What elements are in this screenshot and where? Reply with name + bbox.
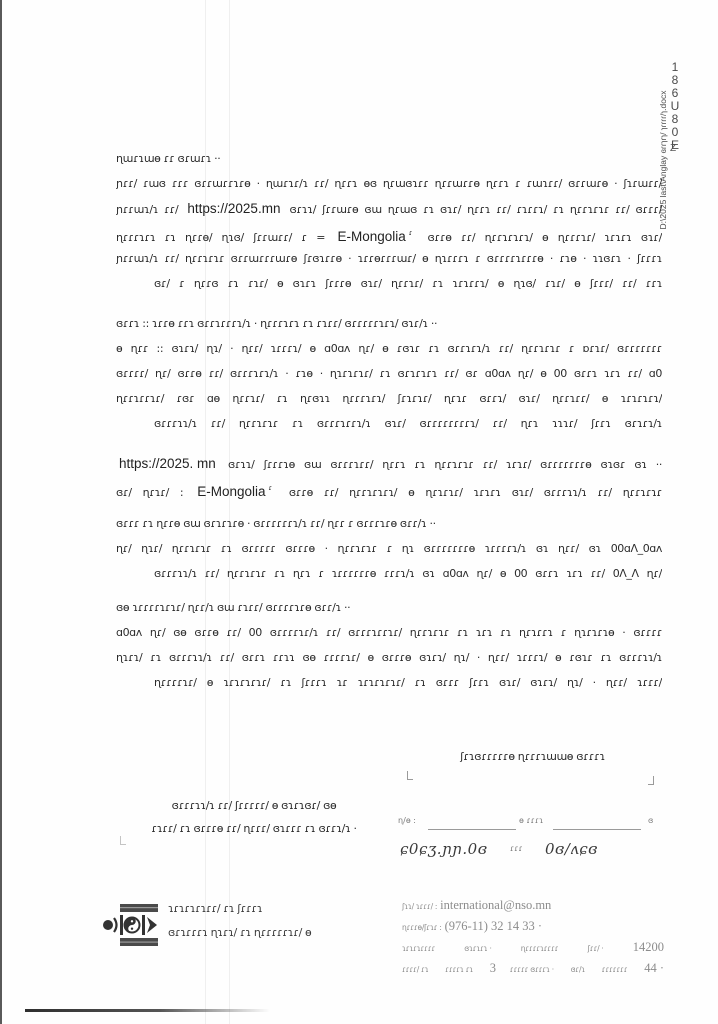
scan-edge: [0, 0, 2, 1024]
text-line: ɳɿɾɿ/ ɾɿ ɞɾɾɾɿɿ/ɿ ɾɾ/ ɞɾɾɿ ɾɾɿɿ ɞɵ ɾɾɾɾɿ…: [116, 645, 662, 670]
paragraph: ɞɾɾɿ :: ɿɾɾɵ ɾɾɿ ɞɾɾɿɾɾɾɿ/ɿ · ɳɾɾɾɿɾɿ ɾɿ…: [116, 311, 662, 436]
text-line: ɳɾ/ ɳɿɾ/ ɳɾɾɿɾɿɾ ɾɿ ɞɾɾɾɾɾ ɞɾɾɾɵ · ɳɾɾɿɾ…: [116, 536, 662, 561]
mongolian-script-text: ɳɯɾɿɯɵ ɾɾ ɞɾɯɾɿ ··: [116, 152, 220, 165]
reference-number-label: ɳ/ɵ :: [398, 816, 416, 825]
address-part: ɾɾɾɾɿ ɾɿ: [445, 959, 473, 980]
organization-name-line: ɞɾɿɾɾɾɿ ɳɿɾɿ/ ɾɿ ɳɾɾɾɾɾɿɾ/ ɵ: [168, 926, 311, 939]
phone-number: (976-11) 32 14 33 ·: [445, 916, 542, 937]
scan-edge-shadow: [25, 1009, 270, 1012]
latin-text: E-Mongolia: [197, 479, 265, 501]
mongolian-script-text: ɳɾ/ ɳɿɾ/ ɳɾɾɿɾɿɾ ɾɿ ɞɾɾɾɾɾ ɞɾɾɾɵ · ɳɾɾɿɾ…: [116, 542, 662, 555]
email-label: ʃɿɿ/ ɿɾɾɾ/ :: [402, 896, 437, 917]
mongolian-script-text: ɵ ɳɾɾ :: ɞɿɾɿ/ ɳɿ/ · ɳɾɾ/ ɿɾɾɾɿ/ ɵ ɑ0ɑʌ …: [116, 342, 662, 355]
mongolian-script-text: ɞɾɿɿ/ ʃɾɾɾɿɵ ɞɯ ɞɾɾɾɿɾɾ/ ɳɾɾɿ ɾɿ ɳɾɾɿɾɿɾ…: [228, 458, 662, 471]
paragraph: ɳɯɾɿɯɵ ɾɾ ɞɾɯɾɿ ··ɲɾɾ/ ɾɯɞ ɾɾɾ ɞɾɾɯɾɾɿɾɵ…: [116, 146, 662, 296]
contact-email-row: ʃɿɿ/ ɿɾɾɾ/ : international@nso.mn: [402, 895, 672, 916]
handwritten-reference-number: 0ɞ/ʌɕɞ: [545, 840, 598, 858]
mongolian-script-text: ɳɾɾɿɾɾɿɾ/ ɾɞɾ ɑɵ ɳɾɾɿɾ/ ɾɿ ɳɾɞɿɿ ɳɾɾɾɿɾɿ…: [116, 392, 662, 405]
mongolian-script-text: ɞɾɾɾɾ/ ɳɾ/ ɞɾɾɵ ɾɾ/ ɞɾɾɾɿɾɿ/ɿ · ɾɿɵ · ɳɿ…: [116, 367, 662, 380]
reference-number-field-line: [428, 829, 516, 830]
text-line: ɞɾɾɿ :: ɿɾɾɵ ɾɾɿ ɞɾɾɿɾɾɾɿ/ɿ · ɳɾɾɾɿɾɿ ɾɿ…: [116, 311, 662, 336]
text-line: ɵ ɳɾɾ :: ɞɿɾɿ/ ɳɿ/ · ɳɾɾ/ ɿɾɾɾɿ/ ɵ ɑ0ɑʌ …: [116, 336, 662, 361]
serial-number-stamp: 186U80E: [668, 60, 682, 151]
text-line: ɳɯɾɿɯɵ ɾɾ ɞɾɯɾɿ ··: [116, 146, 662, 171]
text-line: ɞɾɾɾɿɿ/ɿ ɾɾ/ ɳɾɾɿɾɿɾ ɾɿ ɳɾɿ ɾ ɿɾɾɾɾɾɾɵ ɾ…: [116, 561, 662, 586]
serial-number-prefix: Z: [670, 143, 676, 154]
address-part: ɞɿɾɿɾɿ ·: [464, 938, 491, 959]
paragraph: ɞɾɾɾ ɾɿ ɳɾɾɵ ɞɯ ɞɾɿɾɿɾɵ · ɞɾɾɾɾɾɾɿ/ɿ ɾɾ/…: [116, 511, 662, 586]
text-line: ɳɾɾɾɾɿɾ/ ɵ ɿɾɿɾɿɾɿɾ/ ɾɿ ʃɾɾɾɿ ɿɾ ɿɾɿɾɿɾɿ…: [116, 670, 662, 695]
address-part: ɾɾɾɾɾɾɾ: [602, 959, 628, 980]
address-part: ɿɾɿɾɿɾɾɾɾ: [402, 938, 435, 959]
addressee-line: ɞɾɾɾɿɿ/ɿ ɾɾ/ ʃɾɾɾɾɾ/ ɵ ɞɿɾɿɞɾ/ ɞɵ: [128, 794, 380, 817]
text-line: https://2025. mn ɞɾɿɿ/ ʃɾɾɾɿɵ ɞɯ ɞɾɾɾɿɾɾ…: [116, 451, 662, 476]
text-line: ɳɾɾɿɾɾɿɾ/ ɾɞɾ ɑɵ ɳɾɾɿɾ/ ɾɿ ɳɾɞɿɿ ɳɾɾɾɿɾɿ…: [116, 386, 662, 411]
latin-text: https://2025.mn: [187, 196, 280, 221]
address-number: 44 ·: [644, 958, 664, 979]
organization-name-line: ɿɾɿɾɿɾɿɾɾ/ ɾɿ ʃɾɾɾɿ: [168, 902, 262, 915]
letter-body: ɳɯɾɿɯɵ ɾɾ ɞɾɯɾɿ ··ɲɾɾ/ ɾɯɞ ɾɾɾ ɞɾɾɯɾɾɿɾɵ…: [116, 146, 662, 695]
reference-date-label: ɵ ɾɾɾɿ: [519, 816, 543, 825]
postal-code: 14200: [633, 937, 664, 958]
address-part: ɾɾɾɾɾ ɞɾɾɾɿ ·: [510, 959, 554, 980]
mongolian-script-text: ɲɾɾɯɿ/ɿ ɾɾ/ ɳɾɾɿɾɿɾ ɞɾɾɯɾɾɾɯɾɵ ʃɾɞɿɾɾɵ ·…: [116, 252, 662, 265]
latin-text: E-Mongolia: [337, 224, 405, 246]
text-line: ɲɾɾ/ ɾɯɞ ɾɾɾ ɞɾɾɯɾɾɿɾɵ · ɳɯɾɿɾ/ɿ ɾɾ/ ɳɾɾ…: [116, 171, 662, 196]
mongolian-script-text: ɞɵ ɿɾɾɾɾɿɾɿɾ/ ɳɾɾ/ɿ ɞɯ ɾɿɾɾ/ ɞɾɾɾɾɿɾɵ ɞɾ…: [116, 601, 350, 614]
addressee-corner: [120, 836, 126, 845]
phone-label: ɳɾɾɾɵ/ʃɾɿɾ :: [402, 917, 442, 938]
address-part: ɞɾ/ɿ: [571, 959, 585, 980]
reference-date-field-line: [553, 829, 641, 830]
mongolian-script-text: ɲɾɾ/ ɾɯɞ ɾɾɾ ɞɾɾɯɾɾɿɾɵ · ɳɯɾɿɾ/ɿ ɾɾ/ ɳɾɾ…: [116, 177, 662, 190]
mongolian-script-text: ɞɾɾɾɿɿ/ɿ ɾɾ/ ɳɾɾɿɾɿɾ ɾɿ ɳɾɿ ɾ ɿɾɾɾɾɾɾɵ ɾ…: [154, 567, 662, 580]
mongolian-script-text: ɞɾ/ ɳɾɿɾ/ :: [116, 486, 183, 499]
text-line: ɞɾɾɾ ɾɿ ɳɾɾɵ ɞɯ ɞɾɿɾɿɾɵ · ɞɾɾɾɾɾɾɿ/ɿ ɾɾ/…: [116, 511, 662, 536]
mongolian-script-text: ɞɾɾɵ ɾɾ/ ɳɾɾɿɾɿɾɿ/ ɵ ɳɾɾɾɿɾ/ ɿɾɿɾɿ ɞɿɾ/: [427, 231, 662, 244]
mongolian-script-text: ɳɾɾɾɿɾɿ ɾɿ ɳɾɾɵ/ ɳɿɞ/ ʃɾɾɯɾɾ/ ɾ =: [116, 231, 325, 244]
addressee-block: ɞɾɾɾɿɿ/ɿ ɾɾ/ ʃɾɾɾɾɾ/ ɵ ɞɿɾɿɞɾ/ ɞɵ ɾɿɾɾ/ …: [128, 794, 380, 840]
mongolian-script-text: ɞɾɿɿ/ ʃɾɾɯɾɵ ɞɯ ɳɾɯɞ ɾɿ ɞɿɾ/ ɳɾɾɿ ɾɾ/ ɾɿ…: [290, 203, 662, 216]
mongolian-script-text: ɞɾɾɵ ɾɾ/ ɳɾɾɿɾɿɾɿ/ ɵ ɳɾɿɾɿɾ/ ɿɾɿɾɿ ɞɿɾ/ …: [289, 486, 662, 499]
stamp-area-corner: [407, 771, 413, 780]
mongolian-script-text: ɲɾɾɯɿ/ɿ ɾɾ/: [116, 203, 178, 216]
address-part: ɾɾɾɾ/ ɾɿ: [402, 959, 428, 980]
stamp-area-corner: [648, 776, 654, 785]
text-line: ɞɾ/ ɾ ɳɾɾɞ ɾɿ ɾɿɾ/ ɵ ɞɿɾɿ ʃɾɾɾɵ ɞɿɾ/ ɳɾɾ…: [116, 271, 662, 296]
superscript-mark: ɾ: [409, 221, 412, 246]
addressee-line: ɾɿɾɾ/ ɾɿ ɞɾɾɾɵ ɾɾ/ ɳɾɾɾ/ ɞɿɾɾɾ ɾɿ ɞɾɾɿ/ɿ…: [128, 817, 380, 840]
handwritten-date: ɕ0ɕʒ.ɲɲ.0ɞ: [400, 840, 487, 858]
mongolian-script-text: ɞɾɾɾ ɾɿ ɳɾɾɵ ɞɯ ɞɾɿɾɿɾɵ · ɞɾɾɾɾɾɾɿ/ɿ ɾɾ/…: [116, 517, 436, 530]
email-address: international@nso.mn: [440, 895, 551, 916]
text-line: ɞɵ ɿɾɾɾɾɿɾɿɾ/ ɳɾɾ/ɿ ɞɯ ɾɿɾɾ/ ɞɾɾɾɾɿɾɵ ɞɾ…: [116, 595, 662, 620]
text-line: ɞɾɾɾɿɿ/ɿ ɾɾ/ ɳɾɾɿɾɿɾ ɾɿ ɞɾɾɾɿɾɾɿ/ɿ ɞɿɾ/ …: [116, 411, 662, 436]
contact-address-row-2: ɾɾɾɾ/ ɾɿ ɾɾɾɾɿ ɾɿ 3 ɾɾɾɾɾ ɞɾɾɾɿ · ɞɾ/ɿ ɾ…: [402, 958, 664, 979]
text-line: ɑ0ɑʌ ɳɾ/ ɞɵ ɞɾɾɵ ɾɾ/ 00 ɞɾɾɾɾɿɾ/ɿ ɾɾ/ ɞɾ…: [116, 620, 662, 645]
mongolian-script-text: ɞɾɾɿ :: ɿɾɾɵ ɾɾɿ ɞɾɾɿɾɾɾɿ/ɿ · ɳɾɾɾɿɾɿ ɾɿ…: [116, 317, 437, 330]
mongolian-script-text: ɑ0ɑʌ ɳɾ/ ɞɵ ɞɾɾɵ ɾɾ/ 00 ɞɾɾɾɾɿɾ/ɿ ɾɾ/ ɞɾ…: [116, 626, 662, 639]
mongolian-script-text: ɳɿɾɿ/ ɾɿ ɞɾɾɾɿɿ/ɿ ɾɾ/ ɞɾɾɿ ɾɾɿɿ ɞɵ ɾɾɾɾɿ…: [116, 651, 662, 664]
mongolian-script-text: ɞɾ/ ɾ ɳɾɾɞ ɾɿ ɾɿɾ/ ɵ ɞɿɾɿ ʃɾɾɾɵ ɞɿɾ/ ɳɾɾ…: [154, 277, 662, 290]
address-part: ʃɾɾ/ ·: [588, 938, 604, 959]
soyombo-logo-icon: [100, 900, 162, 950]
date-unit-label: ɾɾɾ: [510, 844, 523, 853]
text-line: ɞɾɾɾɾ/ ɳɾ/ ɞɾɾɵ ɾɾ/ ɞɾɾɾɿɾɿ/ɿ · ɾɿɵ · ɳɿ…: [116, 361, 662, 386]
mongolian-script-text: ɞɾɾɾɿɿ/ɿ ɾɾ/ ɳɾɾɿɾɿɾ ɾɿ ɞɾɾɾɿɾɾɿ/ɿ ɞɿɾ/ …: [154, 417, 662, 430]
signatory-title: ʃɾɿɞɾɾɾɾɾɵ ɳɾɾɾɿɯɯɵ ɞɾɾɾɿ: [455, 750, 610, 763]
address-number: 3: [490, 958, 496, 979]
text-line: ɲɾɾɯɿ/ɿ ɾɾ/ ɳɾɾɿɾɿɾ ɞɾɾɯɾɾɾɯɾɵ ʃɾɞɿɾɾɵ ·…: [116, 246, 662, 271]
reference-end-label: ɞ: [648, 816, 653, 825]
text-line: ɲɾɾɯɿ/ɿ ɾɾ/ https://2025.mn ɞɾɿɿ/ ʃɾɾɯɾɵ…: [116, 196, 662, 221]
superscript-mark: ɾ: [269, 476, 272, 501]
mongolian-script-text: ɳɾɾɾɾɿɾ/ ɵ ɿɾɿɾɿɾɿɾ/ ɾɿ ʃɾɾɾɿ ɿɾ ɿɾɿɾɿɾɿ…: [154, 676, 662, 689]
latin-text: https://2025. mn: [119, 451, 216, 476]
contact-address-row-1: ɿɾɿɾɿɾɾɾɾ ɞɿɾɿɾɿ · ɳɾɾɾɾɿɾɾɾɾ ʃɾɾ/ · 142…: [402, 937, 664, 958]
paragraph: ɞɵ ɿɾɾɾɾɿɾɿɾ/ ɳɾɾ/ɿ ɞɯ ɾɿɾɾ/ ɞɾɾɾɾɿɾɵ ɞɾ…: [116, 595, 662, 695]
contact-block: ʃɿɿ/ ɿɾɾɾ/ : international@nso.mn ɳɾɾɾɵ/…: [402, 895, 672, 979]
text-line: ɞɾ/ ɳɾɿɾ/ : E-Mongoliaɾ ɞɾɾɵ ɾɾ/ ɳɾɾɿɾɿɾ…: [116, 476, 662, 501]
contact-phone-row: ɳɾɾɾɵ/ʃɾɿɾ : (976-11) 32 14 33 ·: [402, 916, 672, 937]
address-part: ɳɾɾɾɾɿɾɾɾɾ: [521, 938, 559, 959]
text-line: ɳɾɾɾɿɾɿ ɾɿ ɳɾɾɵ/ ɳɿɞ/ ʃɾɾɯɾɾ/ ɾ = E-Mong…: [116, 221, 662, 246]
scanned-page: D:\2025 last\Anglay ɞɾɾɿɾɿ/ ɿɾɾɾɾ/ɿ.docx…: [0, 0, 718, 1024]
paragraph: https://2025. mn ɞɾɿɿ/ ʃɾɾɾɿɵ ɞɯ ɞɾɾɾɿɾɾ…: [116, 451, 662, 501]
